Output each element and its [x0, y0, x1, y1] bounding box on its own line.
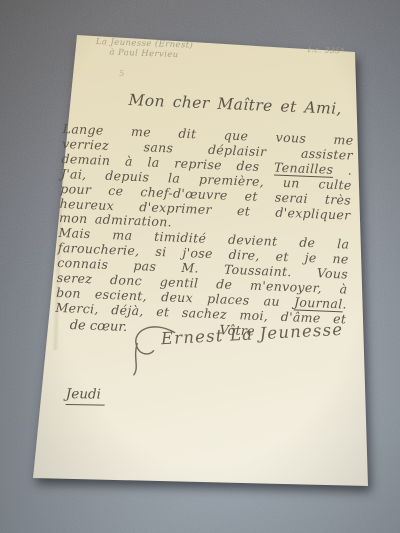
pencil-page-mark: 5 — [119, 70, 125, 78]
letter-body: Lange me dit que vous meverriez sans dép… — [55, 122, 354, 327]
closing-left: de cœur. — [69, 318, 127, 335]
photo-of-letter: La Jeunesse (Ernest) à Paul Hervieu t.c.… — [0, 0, 400, 533]
day-note: Jeudi — [66, 386, 105, 406]
catalog-code: t.c. 335* — [308, 45, 345, 55]
signature: Ernest La Jeunesse — [128, 309, 359, 379]
dealer-annotation: La Jeunesse (Ernest) à Paul Hervieu — [95, 37, 193, 61]
